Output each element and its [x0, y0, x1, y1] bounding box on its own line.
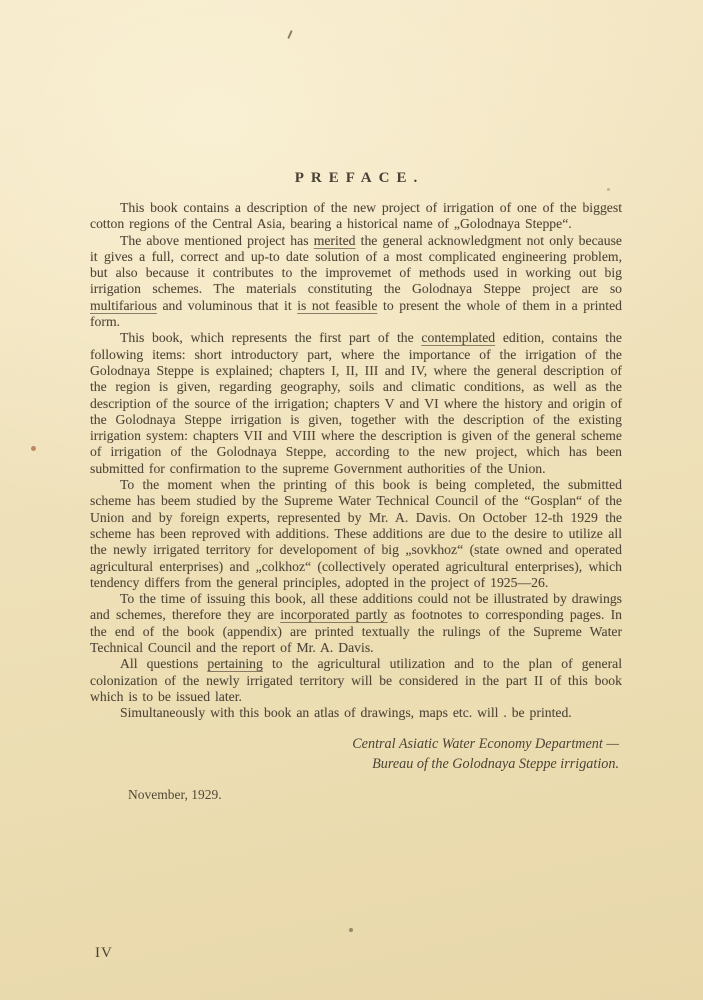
- paragraph: This book contains a description of the …: [90, 200, 622, 233]
- paper-speck-red: [31, 446, 36, 451]
- paragraph: This book, which represents the first pa…: [90, 330, 622, 477]
- signature-block: Central Asiatic Water Economy Department…: [90, 734, 622, 774]
- paper-speck-dot: [349, 928, 353, 932]
- paragraph: All questions pertaining to the agricult…: [90, 656, 622, 705]
- signature-line-2: Bureau of the Golodnaya Steppe irrigatio…: [90, 754, 619, 774]
- date-line: November, 1929.: [128, 787, 622, 803]
- paragraph: To the moment when the printing of this …: [90, 477, 622, 591]
- page-number: IV: [95, 945, 113, 962]
- scanned-book-page: PREFACE. This book contains a descriptio…: [0, 0, 703, 1000]
- body-paragraphs: This book contains a description of the …: [90, 200, 622, 722]
- paragraph: The above mentioned project has merited …: [90, 233, 622, 331]
- paragraph: Simultaneously with this book an atlas o…: [90, 705, 622, 721]
- paper-mark-slash: [287, 30, 292, 39]
- paragraph: To the time of issuing this book, all th…: [90, 591, 622, 656]
- page-content: PREFACE. This book contains a descriptio…: [90, 170, 622, 803]
- page-title: PREFACE.: [90, 170, 622, 187]
- signature-line-1: Central Asiatic Water Economy Department…: [90, 734, 619, 754]
